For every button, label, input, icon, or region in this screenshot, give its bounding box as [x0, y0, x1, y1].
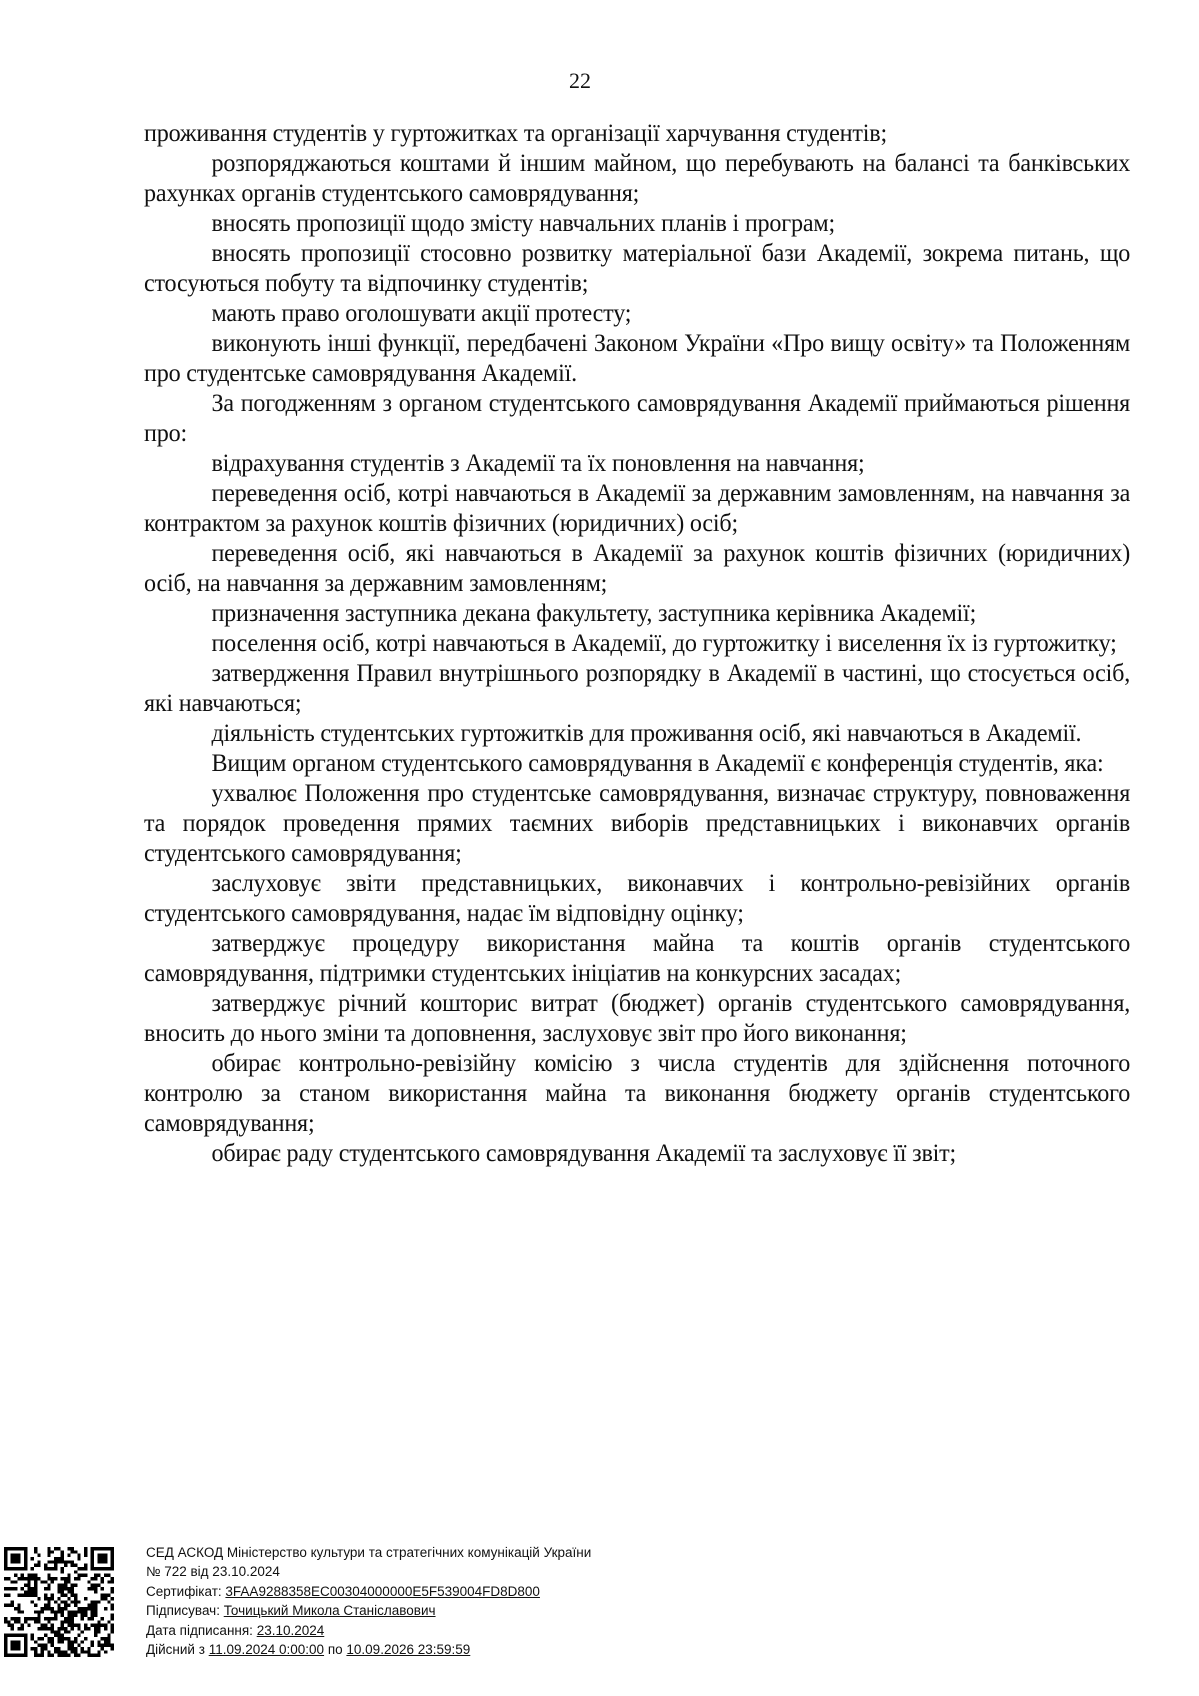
stamp-signing-date: Дата підписання: 23.10.2024: [146, 1621, 591, 1640]
certificate-label: Сертифікат:: [146, 1584, 222, 1599]
signing-date-value: 23.10.2024: [257, 1623, 325, 1638]
signer-value: Точицький Микола Станіславович: [224, 1603, 436, 1618]
certificate-value: 3FAA9288358EC00304000000E5F539004FD8D800: [225, 1584, 540, 1599]
valid-from-label: Дійсний з: [146, 1642, 205, 1657]
paragraph: вносять пропозиції щодо змісту навчальни…: [144, 208, 1130, 238]
paragraph: Вищим органом студентського самоврядуван…: [144, 748, 1130, 778]
stamp-certificate: Сертифікат: 3FAA9288358EC00304000000E5F5…: [146, 1582, 591, 1601]
page-number: 22: [0, 68, 1160, 94]
valid-from-value: 11.09.2024 0:00:00: [209, 1642, 324, 1657]
stamp-signer: Підписувач: Точицький Микола Станіславов…: [146, 1601, 591, 1620]
paragraph: ухвалює Положення про студентське самовр…: [144, 778, 1130, 868]
paragraph: заслуховує звіти представницьких, викона…: [144, 868, 1130, 928]
document-body: проживання студентів у гуртожитках та ор…: [144, 118, 1130, 1168]
valid-to-label: по: [328, 1642, 343, 1657]
signature-stamp: СЕД АСКОД Міністерство культури та страт…: [0, 1543, 700, 1693]
paragraph: мають право оголошувати акції протесту;: [144, 298, 1130, 328]
paragraph: виконують інші функції, передбачені Зако…: [144, 328, 1130, 388]
stamp-system-line: СЕД АСКОД Міністерство культури та страт…: [146, 1543, 591, 1562]
stamp-validity: Дійсний з 11.09.2024 0:00:00 по 10.09.20…: [146, 1640, 591, 1659]
paragraph: За погодженням з органом студентського с…: [144, 388, 1130, 448]
paragraph: проживання студентів у гуртожитках та ор…: [144, 118, 1130, 148]
paragraph: затверджує річний кошторис витрат (бюдже…: [144, 988, 1130, 1048]
paragraph: розпоряджаються коштами й іншим майном, …: [144, 148, 1130, 208]
valid-to-value: 10.09.2026 23:59:59: [346, 1642, 470, 1657]
qr-code-icon: [4, 1547, 114, 1657]
paragraph: переведення осіб, котрі навчаються в Ака…: [144, 478, 1130, 538]
signing-date-label: Дата підписання:: [146, 1623, 253, 1638]
paragraph: переведення осіб, які навчаються в Акаде…: [144, 538, 1130, 598]
paragraph: затвердження Правил внутрішнього розпоря…: [144, 658, 1130, 718]
paragraph: діяльність студентських гуртожитків для …: [144, 718, 1130, 748]
stamp-registration: № 722 від 23.10.2024: [146, 1562, 591, 1581]
paragraph: обирає контрольно-ревізійну комісію з чи…: [144, 1048, 1130, 1138]
paragraph: вносять пропозиції стосовно розвитку мат…: [144, 238, 1130, 298]
paragraph: обирає раду студентського самоврядування…: [144, 1138, 1130, 1168]
signer-label: Підписувач:: [146, 1603, 220, 1618]
paragraph: затверджує процедуру використання майна …: [144, 928, 1130, 988]
paragraph: відрахування студентів з Академії та їх …: [144, 448, 1130, 478]
paragraph: поселення осіб, котрі навчаються в Акаде…: [144, 628, 1130, 658]
paragraph: призначення заступника декана факультету…: [144, 598, 1130, 628]
